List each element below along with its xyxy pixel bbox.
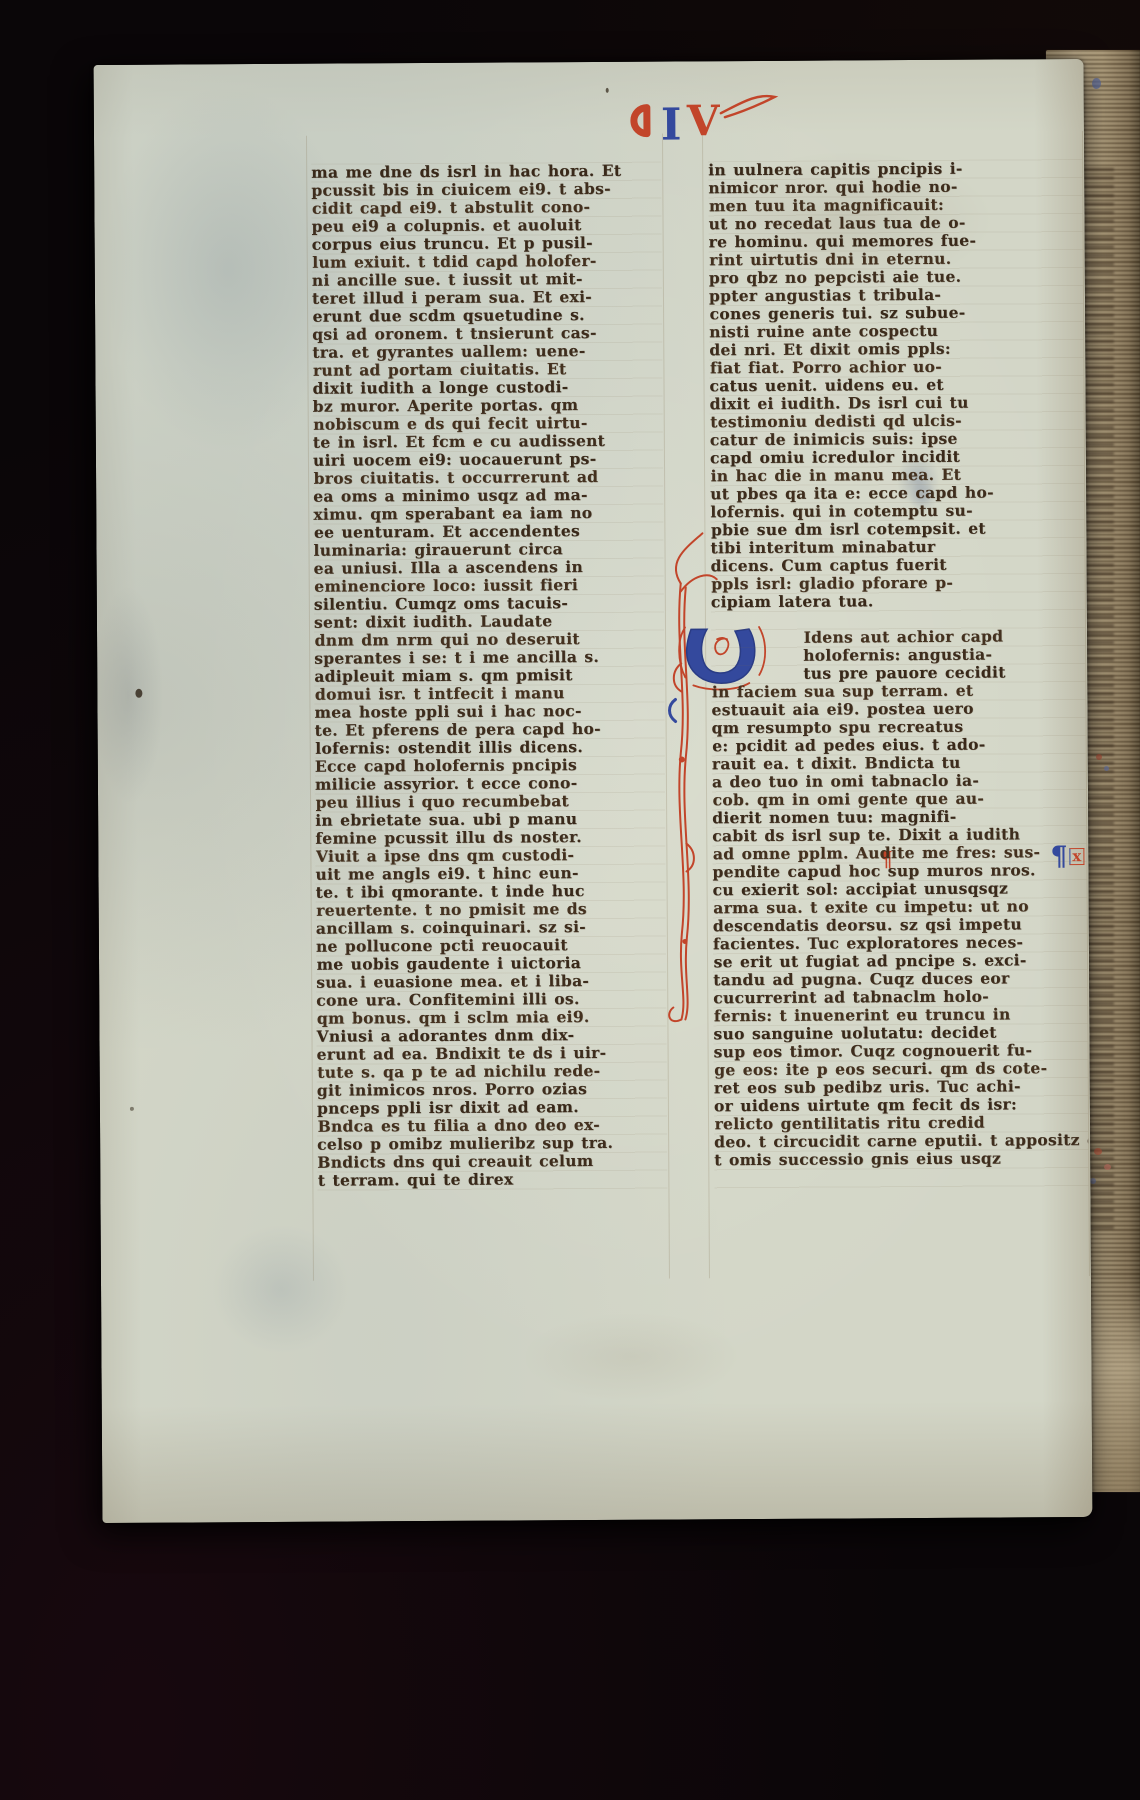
text-line: qm bonus. qm i sclm mia ei9. — [317, 1008, 667, 1028]
text-line: ximu. qm sperabant ea iam no — [313, 504, 663, 524]
text-line: facientes. Tuc exploratores neces- — [713, 933, 1087, 953]
text-line: pnceps ppli isr dixit ad eam. — [317, 1098, 667, 1118]
text-column-right: in uulnera capitis pncipis i-nimicor nro… — [708, 159, 1088, 1197]
flourish-blue-accent — [669, 699, 675, 721]
stain — [93, 585, 164, 805]
text-line: dicens. Cum captus fuerit — [711, 555, 1085, 575]
text-line: ppter angustias t tribula- — [709, 285, 1083, 305]
photograph-of-manuscript: I V — [0, 0, 1140, 1800]
text-line: ad omne pplm. Audite me fres: sus- — [713, 843, 1087, 863]
text-line: e: pcidit ad pedes eius. t ado- — [712, 735, 1086, 755]
text-line: mea hoste ppli sui i hac noc- — [314, 702, 664, 722]
text-line: te. Et pferens de pera capd ho- — [315, 720, 665, 740]
text-column-left: ma me dne ds isrl in hac hora. Etpcussit… — [311, 162, 667, 1200]
text-line: re hominu. qui memores fue- — [709, 231, 1083, 251]
text-line: cipiam latera tua. — [711, 591, 1085, 611]
text-line: cu exierit sol: accipiat unusqsqz — [713, 879, 1087, 899]
stain — [521, 1311, 742, 1402]
text-line: tra. et gyrantes uallem: uene- — [312, 342, 662, 362]
text-line: tute s. qa p te ad nichilu rede- — [317, 1062, 667, 1082]
ink-speck — [130, 1107, 134, 1111]
text-line: ancillam s. coinquinari. sz si- — [316, 918, 666, 938]
text-line: in ebrietate sua. ubi p manu — [315, 810, 665, 830]
text-line: adipleuit miam s. qm pmisit — [314, 666, 664, 686]
text-line: rint uirtutis dni in eternu. — [709, 249, 1083, 269]
text-line: ut pbes qa ita e: ecce capd ho- — [710, 483, 1084, 503]
text-line: cob. qm in omi gente que au- — [713, 789, 1087, 809]
text-line: in uulnera capitis pncipis i- — [708, 159, 1082, 179]
text-line: bros ciuitatis. t occurrerunt ad — [314, 468, 664, 488]
text-line: bz muror. Aperite portas. qm — [313, 396, 663, 416]
text-line: te in isrl. Et fcm e cu audissent — [313, 432, 663, 452]
text-line: in faciem sua sup terram. et — [712, 681, 1086, 701]
running-title: I V — [625, 89, 795, 152]
text-line: catus uenit. uidens eu. et — [709, 375, 1083, 395]
text-line: ge eos: ite p eos securi. qm ds cote- — [714, 1059, 1088, 1079]
text-line: holofernis: angustia- — [711, 645, 1085, 665]
text-line: tus pre pauore cecidit — [711, 663, 1085, 683]
text-line: t terram. qui te direx — [318, 1170, 668, 1190]
text-line: nisti ruine ante cospectu — [709, 321, 1083, 341]
text-line: pbie sue dm isrl cotempsit. et — [711, 519, 1085, 539]
text-line: femine pcussit illu ds noster. — [315, 828, 665, 848]
text-line: Vniusi a adorantes dnm dix- — [316, 1026, 666, 1046]
text-line: milicie assyrior. t ecce cono- — [315, 774, 665, 794]
text-line: erunt due scdm qsuetudine s. — [313, 306, 663, 326]
fore-edge-decoration — [1094, 1148, 1102, 1155]
text-line: ea uniusi. Illa a ascendens in — [314, 558, 664, 578]
text-line: ni ancille sue. t iussit ut mit- — [312, 270, 662, 290]
text-line: sperantes i se: t i me ancilla s. — [314, 648, 664, 668]
text-line: rauit ea. t dixit. Bndicta tu — [712, 753, 1086, 773]
fore-edge-decoration — [1090, 1178, 1096, 1184]
text-line: ut no recedat laus tua de o- — [708, 213, 1082, 233]
text-line: eminenciore loco: iussit fieri — [314, 576, 664, 596]
text-line: te. t ibi qmorante. t inde huc — [316, 882, 666, 902]
text-line: ea oms a minimo usqz ad ma- — [313, 486, 663, 506]
manuscript-page: I V — [94, 59, 1093, 1523]
text-line: arma sua. t exite cu impetu: ut no — [713, 897, 1087, 917]
text-line: fiat fiat. Porro achior uo- — [710, 357, 1084, 377]
text-line: capd omiu icredulor incidit — [710, 447, 1084, 467]
text-line: lofernis: ostendit illis dicens. — [315, 738, 665, 758]
text-line: Ecce capd holofernis pncipis — [315, 756, 665, 776]
text-line: estuauit aia ei9. postea uero — [711, 699, 1085, 719]
text-line: reuertente. t no pmisit me ds — [316, 900, 666, 920]
running-title-letter-v: V — [686, 96, 721, 145]
text-line: catur de inimicis suis: ipse — [710, 429, 1084, 449]
text-line: fernis: t inuenerint eu truncu in — [714, 1005, 1088, 1025]
text-line: Idens aut achior capd — [712, 627, 1086, 647]
text-line: uit me angls ei9. t hinc eun- — [315, 864, 665, 884]
text-line: suo sanguine uolutatu: decidet — [713, 1023, 1087, 1043]
text-line: lofernis. qui in cotemptu su- — [710, 501, 1084, 521]
text-line: teret illud i peram sua. Et exi- — [312, 288, 662, 308]
text-line: t omis successio gnis eius usqz — [714, 1149, 1088, 1169]
text-line: Bndicts dns qui creauit celum — [317, 1152, 667, 1172]
text-line: Viuit a ipse dns qm custodi- — [316, 846, 666, 866]
text-line: men tuu ita magnificauit: — [709, 195, 1083, 215]
text-line: sent: dixit iudith. Laudate — [314, 612, 664, 632]
text-line: ee uenturam. Et accendentes — [314, 522, 664, 542]
text-line: silentiu. Cumqz oms tacuis- — [314, 594, 664, 614]
text-line: in hac die in manu mea. Et — [711, 465, 1085, 485]
text-line: dnm dm nrm qui no deseruit — [315, 630, 665, 650]
text-line: pro qbz no pepcisti aie tue. — [709, 267, 1083, 287]
text-line: or uidens uirtute qm fecit ds isr: — [714, 1095, 1088, 1115]
text-line: descendatis deorsu. sz qsi impetu — [713, 915, 1087, 935]
ink-speck — [606, 88, 609, 93]
text-line: lum exiuit. t tdid capd holofer- — [312, 252, 662, 272]
fore-edge-decoration — [1092, 78, 1101, 89]
text-line: celso p omibz mulieribz sup tra. — [317, 1134, 667, 1154]
text-line: testimoniu dedisti qd ulcis- — [710, 411, 1084, 431]
text-line: qm resumpto spu recreatus — [712, 717, 1086, 737]
text-line: Bndca es tu filia a dno deo ex- — [317, 1116, 667, 1136]
text-line: me uobis gaudente i uictoria — [317, 954, 667, 974]
text-line: relicto gentilitatis ritu credid — [714, 1113, 1088, 1133]
text-line: corpus eius truncu. Et p pusil- — [312, 234, 662, 254]
text-line: cabit ds isrl sup te. Dixit a iudith — [712, 825, 1086, 845]
text-line: nobiscum e ds qui fecit uirtu- — [313, 414, 663, 434]
text-line: git inimicos nros. Porro ozias — [317, 1080, 667, 1100]
text-line: tandu ad pugna. Cuqz duces eor — [713, 969, 1087, 989]
text-line: cone ura. Confitemini illi os. — [316, 990, 666, 1010]
stain — [211, 1223, 352, 1354]
text-line: dierit nomen tuu: magnifi- — [712, 807, 1086, 827]
text-line: cucurrerint ad tabnaclm holo- — [713, 987, 1087, 1007]
text-line: domui isr. t intfecit i manu — [315, 684, 665, 704]
running-title-letter-i: I — [661, 99, 682, 150]
text-line: se erit ut fugiat ad pncipe s. exci- — [713, 951, 1087, 971]
text-line: nimicor nror. qui hodie no- — [708, 177, 1082, 197]
fore-edge-decoration — [1096, 754, 1102, 760]
running-title-flourish — [721, 96, 775, 117]
text-line: tibi interitum minabatur — [710, 537, 1084, 557]
text-line: pcussit bis in ciuicem ei9. t abs- — [311, 180, 661, 200]
text-line: peu ei9 a colupnis. et auoluit — [311, 216, 661, 236]
text-line: ppls isrl: gladio pforare p- — [711, 573, 1085, 593]
text-line: cidit capd ei9. t abstulit cono- — [312, 198, 662, 218]
text-line: cones generis tui. sz subue- — [710, 303, 1084, 323]
fore-edge-decoration — [1104, 766, 1109, 771]
running-title-paraph-ornament — [634, 108, 647, 134]
text-line: uiri uocem ei9: uocauerunt ps- — [313, 450, 663, 470]
text-line: peu illius i quo recumbebat — [316, 792, 666, 812]
text-line: pendite capud hoc sup muros nros. — [712, 861, 1086, 881]
text-line: ma me dne ds isrl in hac hora. Et — [311, 162, 661, 182]
text-line: dei nri. Et dixit omis ppls: — [709, 339, 1083, 359]
text-line: deo. t circucidit carne eputii. t apposi… — [714, 1131, 1088, 1151]
text-line: a deo tuo in omi tabnaclo ia- — [712, 771, 1086, 791]
text-line: sup eos timor. Cuqz cognouerit fu- — [714, 1041, 1088, 1061]
text-line: sua. i euasione mea. et i liba- — [316, 972, 666, 992]
text-line: qsi ad oronem. t tnsierunt cas- — [312, 324, 662, 344]
text-line: ret eos sub pedibz uris. Tuc achi- — [714, 1077, 1088, 1097]
text-line: dixit iudith a longe custodi- — [312, 378, 662, 398]
text-line: erunt ad ea. Bndixit te ds i uir- — [317, 1044, 667, 1064]
text-line: dixit ei iudith. Ds isrl cui tu — [710, 393, 1084, 413]
text-line: runt ad portam ciuitatis. Et — [313, 360, 663, 380]
fore-edge-decoration — [1104, 1164, 1111, 1170]
text-line — [711, 609, 1085, 629]
text-line: ne pollucone pcti reuocauit — [316, 936, 666, 956]
ink-blot — [135, 689, 142, 698]
text-line: luminaria: girauerunt circa — [313, 540, 663, 560]
